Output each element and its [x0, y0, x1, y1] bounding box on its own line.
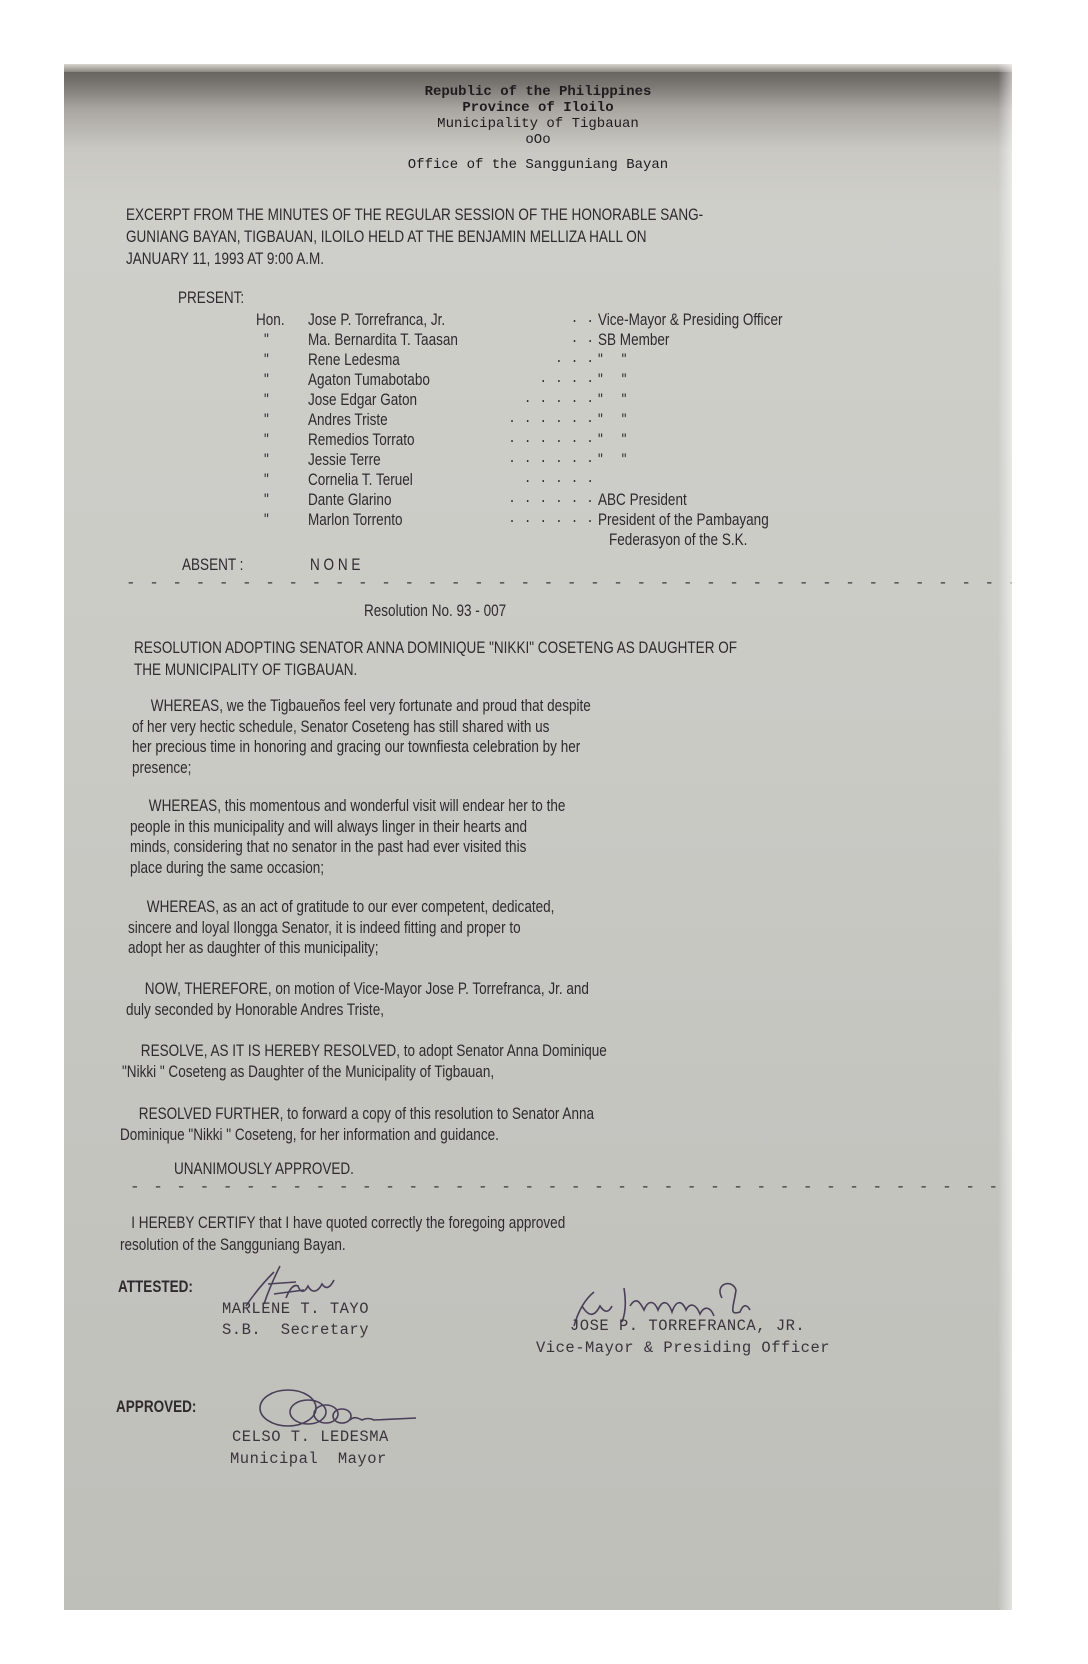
member-row: "Marlon Torrento. . . . . .President of … [64, 511, 1012, 531]
member-prefix: " [264, 471, 269, 490]
present-label: PRESENT: [178, 289, 244, 308]
member-row: "Andres Triste. . . . . ." " [64, 411, 1012, 431]
member-leader: . . . . . . [508, 411, 594, 426]
member-prefix: " [264, 491, 269, 510]
member-role: ABC President [598, 491, 687, 510]
member-name: Rene Ledesma [308, 351, 400, 370]
member-name: Agaton Tumabotabo [308, 371, 430, 390]
member-name: Dante Glarino [308, 491, 391, 510]
paragraph-line: duly seconded by Honorable Andres Triste… [126, 1001, 384, 1020]
paragraph-line: of her very hectic schedule, Senator Cos… [132, 718, 549, 737]
member-role: " " [598, 431, 626, 450]
attested-label: ATTESTED: [118, 1278, 193, 1297]
vice-mayor-title: Vice-Mayor & Presiding Officer [536, 1339, 830, 1357]
resolution-title-line: RESOLUTION ADOPTING SENATOR ANNA DOMINIQ… [134, 639, 737, 658]
member-row: "Dante Glarino. . . . . .ABC President [64, 491, 1012, 511]
member-name: Remedios Torrato [308, 431, 415, 450]
paragraph-line: presence; [132, 759, 191, 778]
member-leader: . . . . . [524, 471, 594, 486]
paragraph-line: WHEREAS, this momentous and wonderful vi… [130, 797, 565, 816]
excerpt-line: EXCERPT FROM THE MINUTES OF THE REGULAR … [126, 206, 703, 225]
member-row: "Jessie Terre. . . . . ." " [64, 451, 1012, 471]
member-prefix: " [264, 371, 269, 390]
approved-label: APPROVED: [116, 1398, 196, 1417]
member-name: Jessie Terre [308, 451, 381, 470]
member-leader: . . . . . . [508, 431, 594, 446]
member-prefix: " [264, 511, 269, 530]
member-prefix: " [264, 451, 269, 470]
role-continuation: Federasyon of the S.K. [609, 531, 747, 550]
mayor-title: Municipal Mayor [230, 1450, 387, 1468]
paragraph-line: RESOLVED FURTHER, to forward a copy of t… [120, 1105, 594, 1124]
header-republic: Republic of the Philippines [64, 84, 1012, 100]
member-role: Vice-Mayor & Presiding Officer [598, 311, 782, 330]
paragraph-line: RESOLVE, AS IT IS HEREBY RESOLVED, to ad… [122, 1042, 607, 1061]
member-name: Marlon Torrento [308, 511, 403, 530]
paragraph-line: minds, considering that no senator in th… [130, 838, 526, 857]
member-name: Jose P. Torrefranca, Jr. [308, 311, 445, 330]
member-role: SB Member [598, 331, 669, 350]
approval-note: UNANIMOUSLY APPROVED. [174, 1160, 354, 1179]
paragraph-line: sincere and loyal Ilongga Senator, it is… [128, 919, 521, 938]
member-name: Ma. Bernardita T. Taasan [308, 331, 458, 350]
paragraph-line: "Nikki " Coseteng as Daughter of the Mun… [122, 1063, 494, 1082]
member-prefix: Hon. [256, 311, 285, 330]
member-leader: . . . [555, 351, 594, 366]
resolution-title-line: THE MUNICIPALITY OF TIGBAUAN. [134, 661, 357, 680]
member-leader: . . . . . . [508, 511, 594, 526]
member-row: "Rene Ledesma. . ." " [64, 351, 1012, 371]
paragraph-line: Dominique "Nikki " Coseteng, for her inf… [120, 1126, 499, 1145]
paragraph-line: adopt her as daughter of this municipali… [128, 939, 378, 958]
header-province: Province of Iloilo [64, 100, 1012, 116]
member-name: Andres Triste [308, 411, 388, 430]
member-prefix: " [264, 351, 269, 370]
member-leader: . . [571, 311, 594, 326]
paragraph-line: WHEREAS, as an act of gratitude to our e… [128, 898, 554, 917]
member-leader: . . . . . . [508, 491, 594, 506]
excerpt-line: JANUARY 11, 1993 AT 9:00 A.M. [126, 250, 324, 269]
member-row: "Ma. Bernardita T. Taasan. .SB Member [64, 331, 1012, 351]
member-prefix: " [264, 391, 269, 410]
member-row: "Remedios Torrato. . . . . ." " [64, 431, 1012, 451]
mayor-name: CELSO T. LEDESMA [232, 1428, 389, 1446]
member-prefix: " [264, 431, 269, 450]
member-role: " " [598, 451, 626, 470]
excerpt-line: GUNIANG BAYAN, TIGBAUAN, ILOILO HELD AT … [126, 228, 647, 247]
divider-bottom: - - - - - - - - - - - - - - - - - - - - … [130, 1178, 1000, 1196]
member-role: " " [598, 411, 626, 430]
paragraph-line: WHEREAS, we the Tigbaueños feel very for… [132, 697, 591, 716]
member-role: " " [598, 351, 626, 370]
paragraph-line: NOW, THEREFORE, on motion of Vice-Mayor … [126, 980, 589, 999]
member-leader: . . . . . . [508, 451, 594, 466]
member-prefix: " [264, 411, 269, 430]
member-role: " " [598, 391, 626, 410]
certification-line: I HEREBY CERTIFY that I have quoted corr… [120, 1214, 565, 1233]
paragraph-line: her precious time in honoring and gracin… [132, 738, 580, 757]
member-role: President of the Pambayang [598, 511, 769, 530]
absent-value: N O N E [310, 556, 360, 575]
vice-mayor-name: JOSE P. TORREFRANCA, JR. [570, 1317, 805, 1335]
certification-line: resolution of the Sangguniang Bayan. [120, 1236, 346, 1255]
divider-top: - - - - - - - - - - - - - - - - - - - - … [126, 574, 1012, 592]
member-name: Cornelia T. Teruel [308, 471, 413, 490]
member-leader: . . . . . [524, 391, 594, 406]
secretary-title: S.B. Secretary [222, 1321, 369, 1339]
header-office: Office of the Sangguniang Bayan [64, 157, 1012, 173]
paragraph-line: place during the same occasion; [130, 859, 324, 878]
member-leader: . . . . [539, 371, 594, 386]
member-row: "Jose Edgar Gaton. . . . ." " [64, 391, 1012, 411]
paragraph-line: people in this municipality and will alw… [130, 818, 527, 837]
secretary-name: MARLENE T. TAYO [222, 1300, 369, 1318]
member-role: " " [598, 371, 626, 390]
header-municipality: Municipality of Tigbauan [64, 116, 1012, 132]
member-row: Hon.Jose P. Torrefranca, Jr.. .Vice-Mayo… [64, 311, 1012, 331]
header-ornament: oOo [64, 132, 1012, 148]
member-name: Jose Edgar Gaton [308, 391, 417, 410]
absent-label: ABSENT : [182, 556, 243, 575]
member-prefix: " [264, 331, 269, 350]
member-row: "Agaton Tumabotabo. . . ." " [64, 371, 1012, 391]
document-page: Republic of the Philippines Province of … [64, 64, 1012, 1610]
resolution-number: Resolution No. 93 - 007 [364, 602, 506, 621]
member-row: "Cornelia T. Teruel. . . . . [64, 471, 1012, 491]
member-leader: . . [571, 331, 594, 346]
